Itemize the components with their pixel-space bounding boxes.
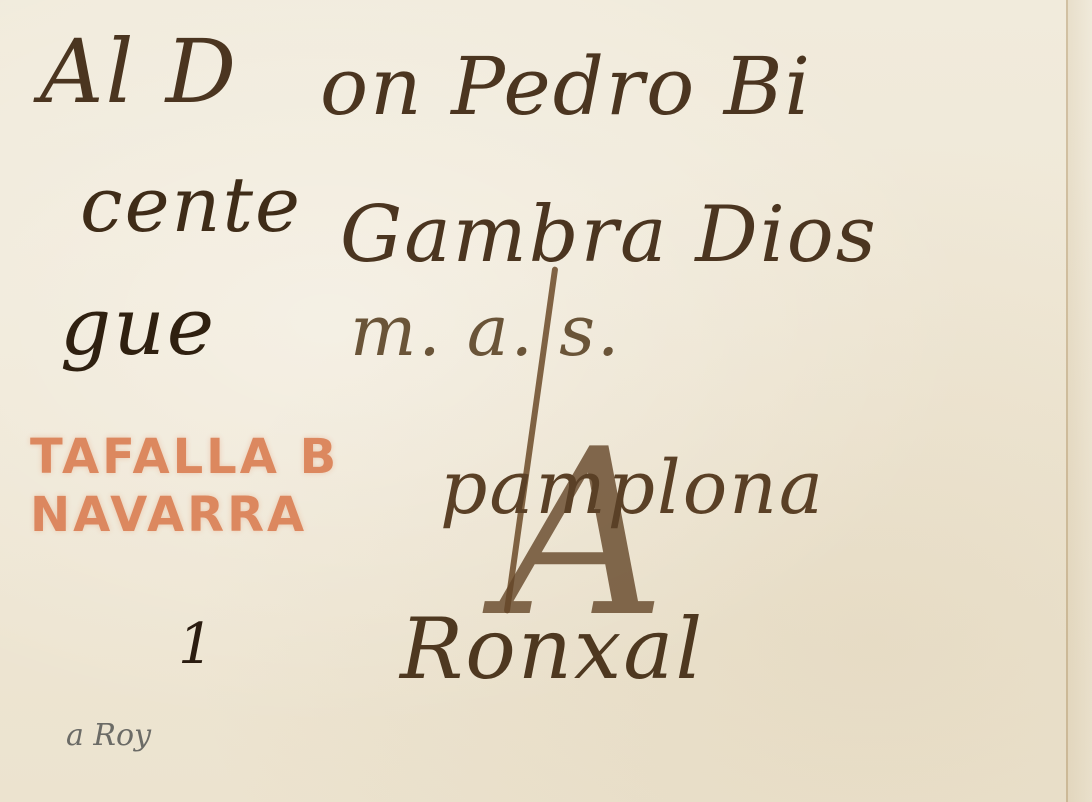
postmark-line-2: NAVARRA bbox=[30, 486, 339, 544]
address-line-pamplona: pamplona bbox=[440, 445, 825, 531]
pencil-note: a Roy bbox=[66, 718, 151, 753]
address-line-cente: cente bbox=[80, 160, 302, 249]
address-line-gambra: Gambra Dios bbox=[340, 190, 878, 280]
fold-edge bbox=[1068, 0, 1092, 802]
postmark-line-1: TAFALLA B bbox=[30, 428, 339, 486]
address-line-gue: gue bbox=[60, 280, 216, 373]
address-line-ronxal: Ronxal bbox=[400, 600, 704, 698]
fold-line bbox=[1066, 0, 1068, 802]
address-line-mas: m. a. s. bbox=[350, 290, 621, 372]
address-line-al-d: Al D bbox=[40, 20, 238, 123]
postmark-stamp: TAFALLA B NAVARRA bbox=[30, 428, 339, 544]
rate-marking: 1 bbox=[178, 612, 214, 677]
letter-cover: Al D on Pedro Bi cente Gambra Dios gue m… bbox=[0, 0, 1092, 802]
address-line-don-pedro: on Pedro Bi bbox=[320, 40, 812, 133]
